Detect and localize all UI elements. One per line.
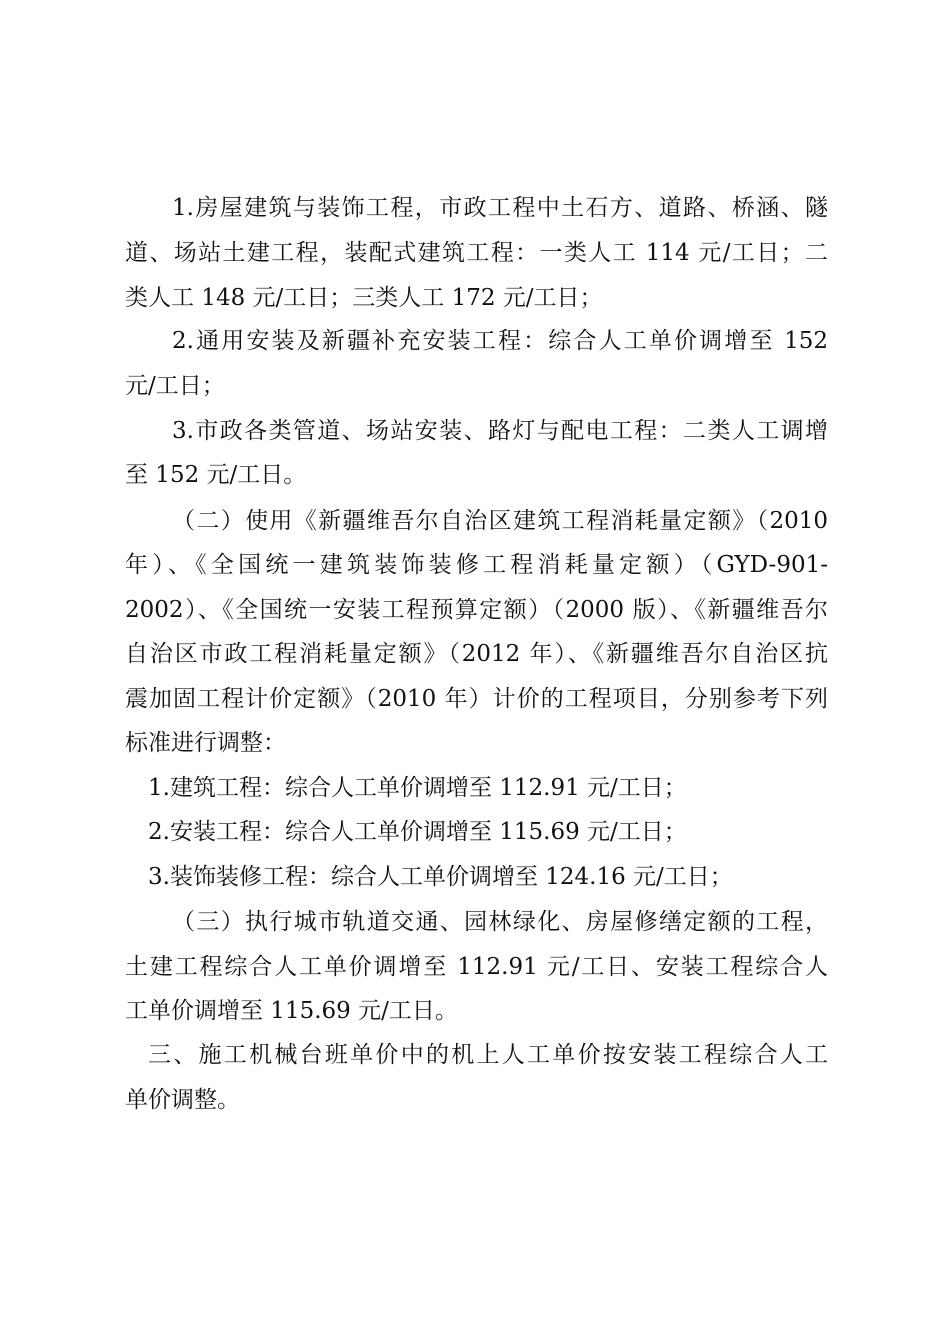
text-line: 单价调整。	[125, 1078, 828, 1123]
text-line: 类人工 148 元/工日；三类人工 172 元/工日；	[125, 276, 828, 321]
text-line: 2.通用安装及新疆补充安装工程：综合人工单价调增至 152	[172, 319, 828, 364]
text-line: 自治区市政工程消耗量定额》（2012 年）、《新疆维吾尔自治区抗	[125, 632, 828, 677]
text-line: 震加固工程计价定额》（2010 年）计价的工程项目，分别参考下列	[125, 677, 828, 722]
text-line: （二）使用《新疆维吾尔自治区建筑工程消耗量定额》（2010	[172, 499, 828, 544]
text-line: 标准进行调整：	[125, 721, 828, 766]
text-line: 工单价调增至 115.69 元/工日。	[125, 989, 828, 1034]
list-item-decoration: 3.装饰装修工程：综合人工单价调增至 124.16 元/工日；	[148, 855, 828, 900]
text-line: 1.房屋建筑与装饰工程，市政工程中土石方、道路、桥涵、隧	[172, 186, 828, 231]
text-line: 元/工日；	[125, 364, 828, 409]
document-page: 1.房屋建筑与装饰工程，市政工程中土石方、道路、桥涵、隧 道、场站土建工程，装配…	[0, 0, 950, 1344]
text-line: 道、场站土建工程，装配式建筑工程：一类人工 114 元/工日；二	[125, 231, 828, 276]
text-line: 土建工程综合人工单价调增至 112.91 元/工日、安装工程综合人	[125, 945, 828, 990]
list-item-installation: 2.安装工程：综合人工单价调增至 115.69 元/工日；	[148, 810, 828, 855]
text-line: （三）执行城市轨道交通、园林绿化、房屋修缮定额的工程，	[172, 900, 828, 945]
text-line: 2002）、《全国统一安装工程预算定额）（2000 版）、《新疆维吾尔	[125, 588, 828, 633]
text-line: 年）、《全国统一建筑装饰装修工程消耗量定额）（GYD-901-	[125, 543, 828, 588]
text-line: 至 152 元/工日。	[125, 453, 828, 498]
text-line: 三、施工机械台班单价中的机上人工单价按安装工程综合人工	[148, 1033, 828, 1078]
text-line: 3.市政各类管道、场站安装、路灯与配电工程：二类人工调增	[172, 409, 828, 454]
list-item-building: 1.建筑工程：综合人工单价调增至 112.91 元/工日；	[148, 766, 828, 811]
